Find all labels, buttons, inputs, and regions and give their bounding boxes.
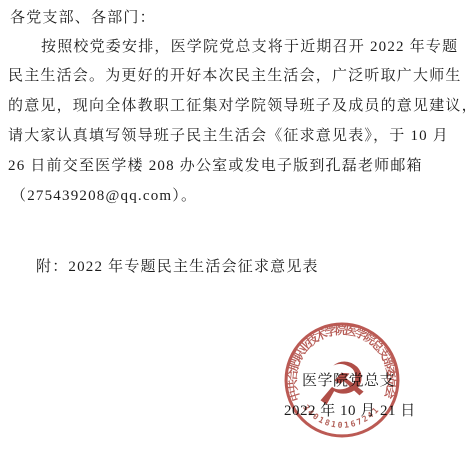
attachment-line: 附：2022 年专题民主生活会征求意见表 <box>36 257 319 277</box>
official-seal: 中共合肥职业技术学院医学院总支部委员会 ☭ 3401810167241 <box>281 319 403 441</box>
body-line: 按照校党委安排，医学院党总支将于近期召开 2022 年专题 <box>41 37 458 57</box>
body-line: 的意见，现向全体教职工征集对学院领导班子及成员的意见建议， <box>8 96 469 116</box>
document-page: 各党支部、各部门： 按照校党委安排，医学院党总支将于近期召开 2022 年专题 … <box>0 0 469 457</box>
body-line: 请大家认真填写领导班子民主生活会《征求意见表》，于 10 月 <box>8 126 449 146</box>
body-line: 民主生活会。为更好的开好本次民主生活会，广泛听取广大师生 <box>8 66 462 86</box>
hammer-and-sickle-icon: ☭ <box>316 350 369 419</box>
body-line: 26 日前交至医学楼 208 办公室或发电子版到孔磊老师邮箱 <box>8 156 423 176</box>
body-line-email: （275439208@qq.com）。 <box>11 186 197 206</box>
salutation-line: 各党支部、各部门： <box>10 8 156 28</box>
